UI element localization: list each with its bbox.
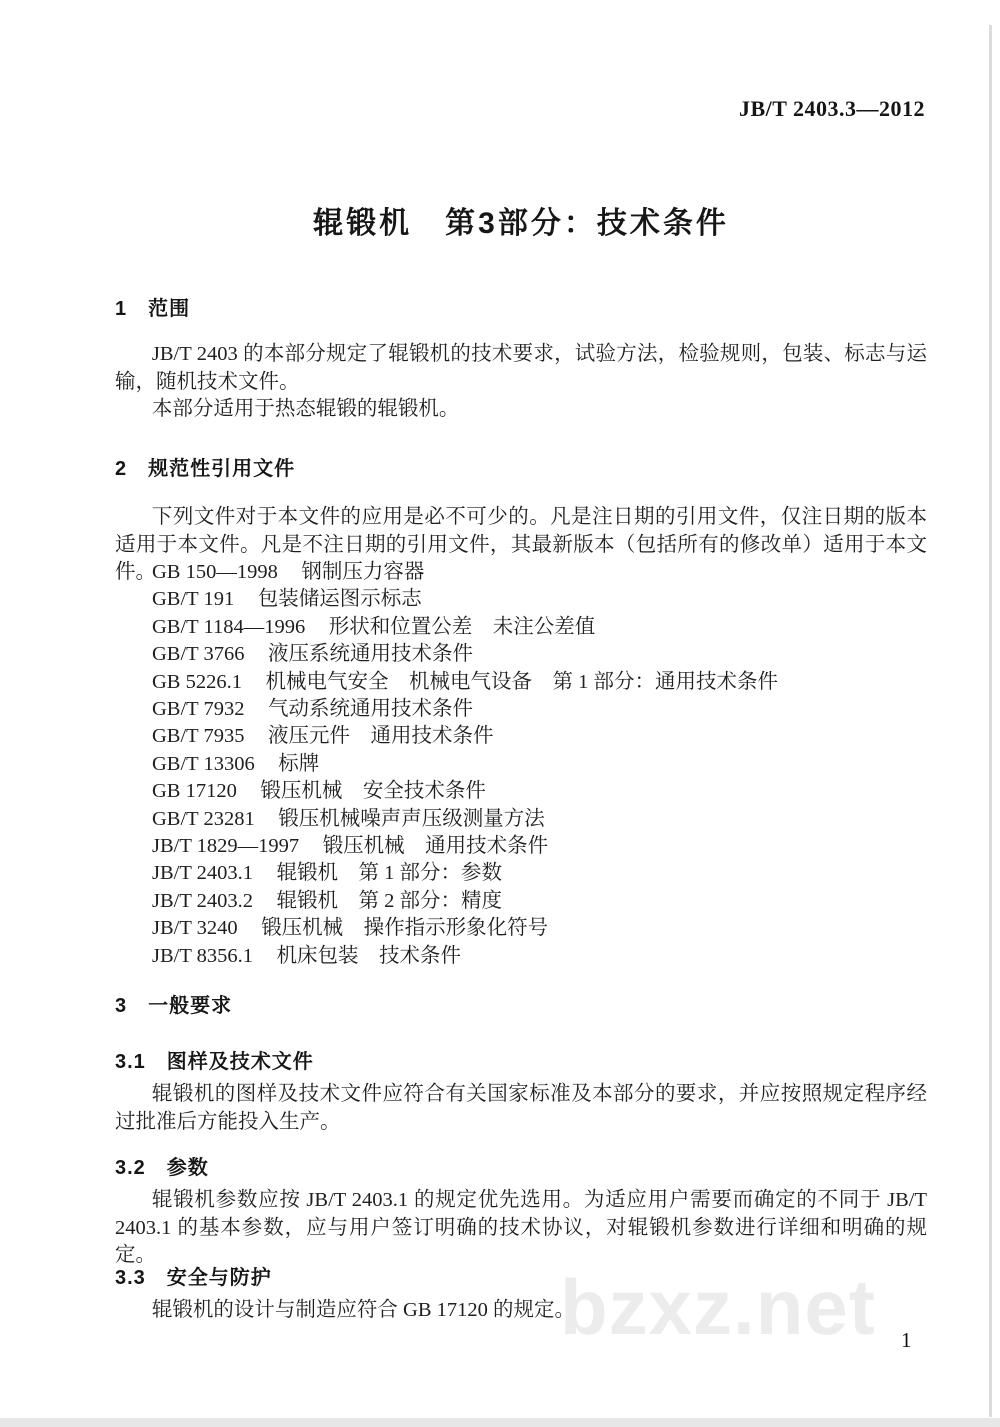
references-list: GB 150—1998钢制压力容器 GB/T 191包装储运图示标志 GB/T … — [115, 559, 927, 970]
reference-name: 钢制压力容器 — [301, 561, 424, 583]
reference-name: 标牌 — [278, 753, 319, 775]
subsection-drawings-heading: 3.1 图样及技术文件 — [115, 1045, 927, 1074]
reference-item: GB 150—1998钢制压力容器 — [115, 559, 927, 586]
reference-code: GB 5226.1 — [152, 671, 242, 693]
reference-item: JB/T 2403.2辊锻机 第 2 部分：精度 — [115, 888, 927, 915]
reference-code: GB/T 191 — [152, 588, 234, 610]
reference-item: JB/T 3240锻压机械 操作指示形象化符号 — [115, 915, 927, 942]
safety-paragraph: 辊锻机的设计与制造应符合 GB 17120 的规定。 — [115, 1297, 927, 1325]
reference-code: GB/T 7935 — [152, 725, 244, 747]
doc-code: JB/T 2403.3—2012 — [525, 96, 925, 122]
reference-item: JB/T 1829—1997锻压机械 通用技术条件 — [115, 833, 927, 860]
section-references-heading: 2 规范性引用文件 — [115, 452, 927, 481]
reference-name: 液压系统通用技术条件 — [268, 643, 473, 665]
reference-item: GB/T 7935液压元件 通用技术条件 — [115, 723, 927, 750]
reference-code: JB/T 1829—1997 — [152, 835, 299, 857]
section-scope-heading: 1 范围 — [115, 292, 927, 321]
reference-item: JB/T 8356.1机床包装 技术条件 — [115, 943, 927, 970]
reference-code: GB/T 13306 — [152, 753, 255, 775]
reference-name: 辊锻机 第 1 部分：参数 — [277, 862, 503, 884]
reference-code: GB 150—1998 — [152, 561, 278, 583]
reference-code: JB/T 2403.1 — [152, 862, 253, 884]
drawings-paragraph: 辊锻机的图样及技术文件应符合有关国家标准及本部分的要求，并应按照规定程序经过批准… — [115, 1081, 927, 1136]
doc-title: 辊锻机 第3部分：技术条件 — [115, 198, 927, 242]
reference-code: GB 17120 — [152, 780, 237, 802]
reference-item: JB/T 2403.1辊锻机 第 1 部分：参数 — [115, 860, 927, 887]
reference-name: 包装储运图示标志 — [258, 588, 422, 610]
subsection-safety-heading: 3.3 安全与防护 — [115, 1261, 927, 1290]
reference-code: GB/T 3766 — [152, 643, 244, 665]
reference-item: GB/T 23281锻压机械噪声声压级测量方法 — [115, 806, 927, 833]
reference-item: GB/T 7932气动系统通用技术条件 — [115, 696, 927, 723]
reference-item: GB 5226.1机械电气安全 机械电气设备 第 1 部分：通用技术条件 — [115, 669, 927, 696]
page-bottom-strip — [0, 1418, 1000, 1427]
page-number: 1 — [901, 1328, 912, 1353]
scan-edge-line — [989, 25, 992, 1417]
reference-item: GB/T 3766液压系统通用技术条件 — [115, 641, 927, 668]
reference-item: GB/T 191包装储运图示标志 — [115, 586, 927, 613]
reference-name: 锻压机械 操作指示形象化符号 — [261, 917, 548, 939]
reference-name: 锻压机械噪声声压级测量方法 — [278, 808, 545, 830]
reference-name: 锻压机械 通用技术条件 — [323, 835, 549, 857]
reference-code: GB/T 7932 — [152, 698, 244, 720]
reference-code: JB/T 8356.1 — [152, 945, 253, 967]
reference-code: GB/T 1184—1996 — [152, 616, 305, 638]
parameters-paragraph: 辊锻机参数应按 JB/T 2403.1 的规定优先选用。为适应用户需要而确定的不… — [115, 1187, 927, 1270]
scope-paragraph-1: JB/T 2403 的本部分规定了辊锻机的技术要求，试验方法，检验规则，包装、标… — [115, 341, 927, 396]
reference-code: JB/T 3240 — [152, 917, 238, 939]
reference-name: 形状和位置公差 未注公差值 — [329, 616, 596, 638]
reference-item: GB/T 1184—1996形状和位置公差 未注公差值 — [115, 614, 927, 641]
reference-item: GB 17120锻压机械 安全技术条件 — [115, 778, 927, 805]
section-general-heading: 3 一般要求 — [115, 989, 927, 1018]
reference-item: GB/T 13306标牌 — [115, 751, 927, 778]
page: bzxz.net JB/T 2403.3—2012 辊锻机 第3部分：技术条件 … — [0, 0, 1000, 1427]
reference-code: JB/T 2403.2 — [152, 890, 253, 912]
reference-code: GB/T 23281 — [152, 808, 255, 830]
reference-name: 液压元件 通用技术条件 — [268, 725, 494, 747]
reference-name: 机械电气安全 机械电气设备 第 1 部分：通用技术条件 — [266, 671, 779, 693]
reference-name: 锻压机械 安全技术条件 — [260, 780, 486, 802]
scope-paragraph-2: 本部分适用于热态辊锻的辊锻机。 — [115, 396, 927, 424]
reference-name: 机床包装 技术条件 — [277, 945, 462, 967]
reference-name: 气动系统通用技术条件 — [268, 698, 473, 720]
reference-name: 辊锻机 第 2 部分：精度 — [277, 890, 503, 912]
subsection-parameters-heading: 3.2 参数 — [115, 1151, 927, 1180]
